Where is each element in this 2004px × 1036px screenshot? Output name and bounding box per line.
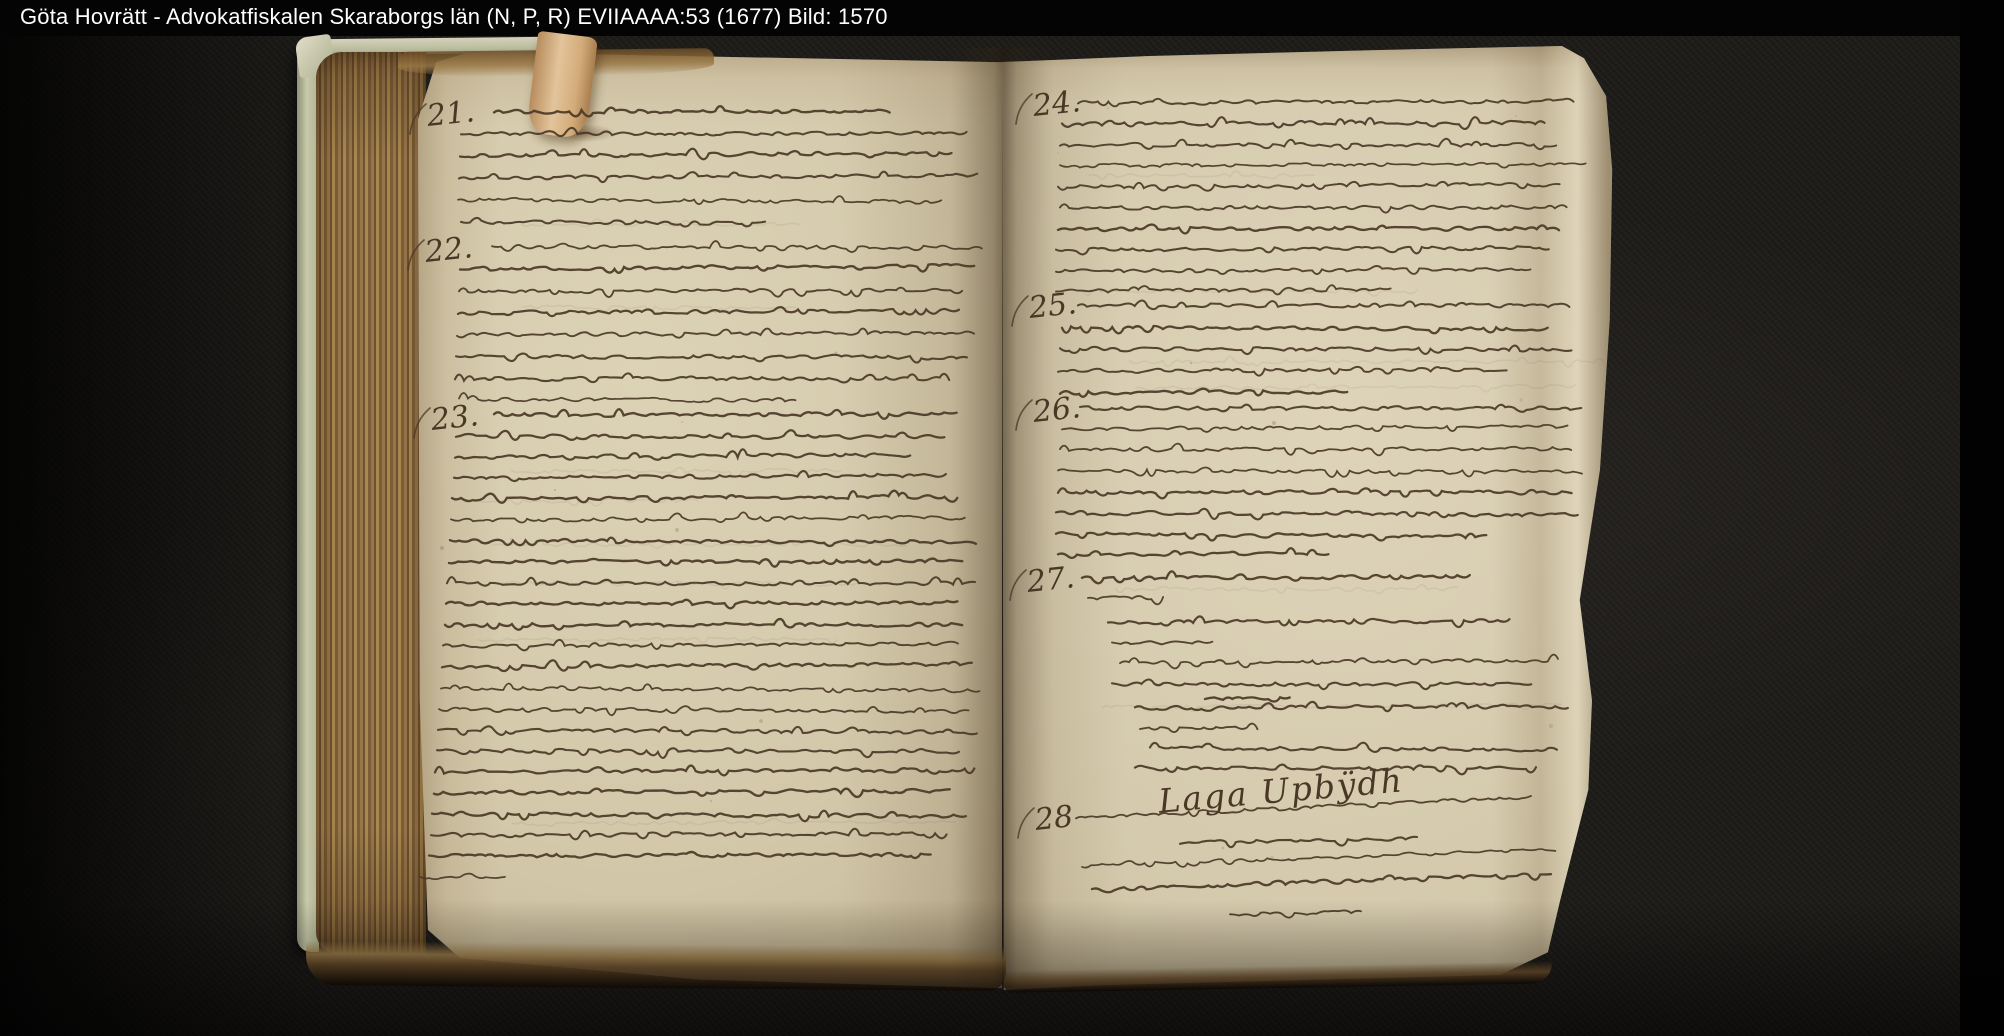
ink-speck (681, 421, 683, 423)
handwriting-line (1088, 596, 1163, 604)
handwriting-line (439, 706, 969, 715)
handwriting-line (1058, 488, 1572, 498)
handwriting-line (445, 619, 962, 630)
ink-speck (554, 489, 556, 491)
handwriting-line (1060, 139, 1556, 149)
paragraph-number: 21. (424, 94, 476, 134)
handwriting-line (1092, 874, 1551, 893)
handwriting-line (1078, 301, 1569, 310)
handwriting-line (429, 852, 931, 858)
handwriting-line (455, 373, 949, 382)
handwriting-line (455, 449, 910, 459)
handwriting-line (1150, 743, 1557, 752)
paragraph-number-flourish (408, 240, 424, 270)
handwriting-line (1108, 616, 1510, 627)
ghost-line (1089, 171, 1314, 179)
handwriting-line (1058, 182, 1560, 191)
handwriting-line (431, 829, 947, 840)
handwriting-line (449, 559, 962, 567)
paragraph-number: 28 (1032, 799, 1075, 838)
ghost-line (478, 637, 837, 643)
image-title: Göta Hovrätt - Advokatfiskalen Skaraborg… (20, 4, 888, 30)
handwriting-line (437, 748, 959, 758)
handwriting-line (492, 241, 982, 252)
paragraph-number: 27. (1024, 560, 1076, 600)
section-heading: Laga Upbÿdh (1156, 760, 1405, 820)
handwriting-line (457, 329, 974, 338)
background-shade-bottom (0, 900, 2004, 1036)
handwriting-line (446, 600, 957, 609)
handwriting-line (1078, 99, 1574, 107)
handwriting-line (1062, 425, 1568, 432)
handwriting-line (1180, 837, 1417, 847)
ink-speck (1272, 421, 1276, 425)
handwriting-line (1058, 468, 1582, 477)
ghost-line (512, 819, 955, 826)
handwriting-line (1060, 389, 1347, 397)
archive-image-viewer: 21.22.23.24.25.26.27.28Laga Upbÿdh Göta … (0, 0, 2004, 1036)
ink-speck (835, 352, 838, 355)
handwriting-line (432, 811, 966, 821)
handwriting-line (460, 264, 974, 273)
handwriting-line (438, 726, 977, 735)
ink-speck (510, 538, 512, 540)
handwriting-line (1060, 346, 1572, 355)
ink-speck (1270, 856, 1274, 860)
paragraph-number: 24. (1030, 84, 1082, 124)
handwriting-line (1056, 532, 1486, 540)
image-title-bar: Göta Hovrätt - Advokatfiskalen Skaraborg… (0, 0, 2004, 36)
handwriting-line (494, 409, 957, 419)
handwriting-line (458, 196, 941, 204)
ink-speck (1222, 847, 1225, 850)
paragraph-number-flourish (1010, 570, 1026, 600)
handwriting-line (459, 393, 796, 402)
handwriting-line (1120, 655, 1558, 669)
ink-speck (1519, 398, 1522, 401)
handwriting-line (1056, 246, 1549, 254)
handwriting-line (441, 684, 980, 693)
handwriting-line (459, 288, 962, 297)
paragraph-number-flourish (1012, 296, 1028, 326)
ink-speck (1549, 724, 1553, 728)
handwriting-line (1060, 204, 1567, 212)
paragraph-number-flourish (1016, 400, 1032, 430)
handwriting-line (1062, 117, 1545, 129)
paragraph-number-flourish (1016, 94, 1032, 124)
handwriting-line (1082, 849, 1555, 868)
handwriting-line (494, 106, 890, 116)
paragraph-number-flourish (410, 104, 426, 134)
handwriting-line (434, 789, 950, 797)
ink-speck (759, 719, 763, 723)
handwriting-line (1058, 548, 1328, 558)
handwriting-line (1062, 326, 1548, 333)
handwriting-line (451, 512, 965, 522)
handwriting-line (1140, 724, 1258, 733)
paragraph-number-flourish (1018, 808, 1034, 838)
paragraph-number: 23. (428, 398, 480, 438)
ghost-line (1130, 356, 1604, 367)
handwriting-line (442, 660, 972, 671)
handwriting-line (1080, 405, 1581, 412)
handwriting-line (1060, 163, 1586, 168)
handwriting-line (1056, 509, 1578, 520)
handwriting-line (420, 874, 505, 880)
paragraph-number: 26. (1030, 390, 1082, 430)
ink-speck (1057, 152, 1059, 154)
paragraph-number-flourish (414, 408, 430, 438)
ink-speck (1190, 362, 1192, 364)
handwriting-line (459, 172, 977, 182)
handwriting-line (1205, 697, 1290, 701)
ink-speck (1107, 107, 1110, 110)
handwriting-line (1060, 444, 1571, 456)
handwriting-line (456, 354, 967, 363)
ink-speck (440, 546, 444, 550)
ink-speck (710, 800, 713, 803)
paragraph-number: 22. (422, 230, 474, 270)
handwriting-layer: 21.22.23.24.25.26.27.28Laga Upbÿdh (0, 0, 2004, 1036)
handwriting-line (458, 307, 959, 316)
ghost-line (1116, 585, 1458, 593)
handwriting-line (456, 430, 944, 440)
handwriting-line (461, 128, 967, 136)
handwriting-line (1058, 225, 1559, 234)
manuscript-photo-canvas[interactable]: 21.22.23.24.25.26.27.28Laga Upbÿdh (0, 0, 2004, 1036)
handwriting-line (1112, 679, 1531, 689)
handwriting-line (435, 766, 974, 776)
ink-speck (1515, 115, 1517, 117)
handwriting-line (1112, 641, 1212, 644)
handwriting-line (1082, 571, 1470, 583)
ink-speck (675, 528, 679, 532)
paragraph-number: 25. (1026, 286, 1078, 326)
handwriting-line (1058, 367, 1507, 376)
handwriting-line (460, 149, 952, 159)
handwriting-line (1056, 266, 1530, 274)
ink-speck (974, 582, 976, 584)
